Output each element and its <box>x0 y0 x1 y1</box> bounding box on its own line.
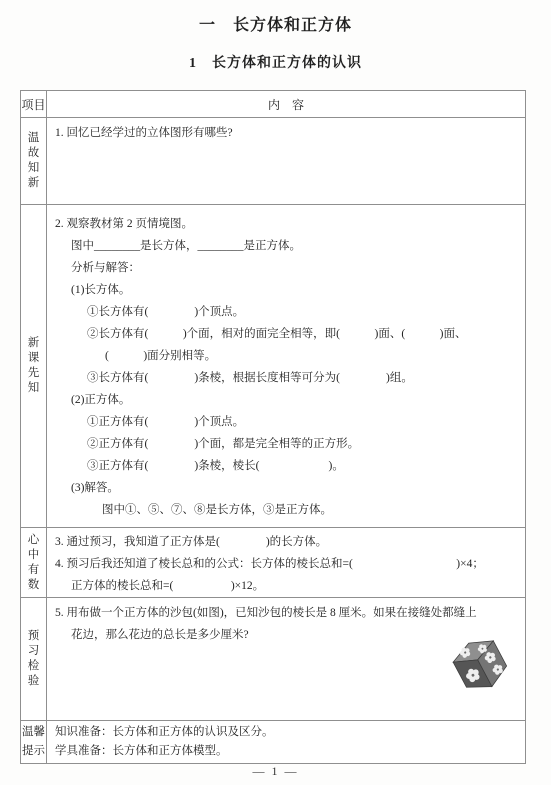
content-line: (1)长方体。 <box>47 279 521 301</box>
content-line: (3)解答。 <box>47 477 521 499</box>
content-line: 4. 预习后我还知道了棱长总和的公式：长方体的棱长总和=( )×4； <box>47 553 521 575</box>
content-line: ③正方体有( )条棱，棱长( )。 <box>47 455 521 477</box>
row-label-review: 温故知新 <box>28 131 40 191</box>
content-line: (2)正方体。 <box>47 389 521 411</box>
worksheet-page: 一 长方体和正方体 1 长方体和正方体的认识 项目 内 容 温故知新 1. 回忆… <box>0 0 551 785</box>
worksheet-table: 项目 内 容 温故知新 1. 回忆已经学过的立体图形有哪些? 新课先知 2. 观… <box>20 90 526 764</box>
chapter-title: 一 长方体和正方体 <box>0 12 551 35</box>
content-line: 1. 回忆已经学过的立体图形有哪些? <box>47 122 521 144</box>
content-line: 图中________是长方体，________是正方体。 <box>47 235 521 257</box>
section-title: 1 长方体和正方体的认识 <box>0 52 551 72</box>
table-row-preview-check: 预习检验 5. 用布做一个正方体的沙包(如图)，已知沙包的棱长是 8 厘米。如果… <box>21 598 525 721</box>
sandbag-image <box>447 631 519 705</box>
page-number: — 1 — <box>0 764 551 779</box>
row-label-new-lesson: 新课先知 <box>28 336 40 396</box>
content-line: 图中①、⑤、⑦、⑧是长方体，③是正方体。 <box>47 499 521 521</box>
content-line: ( )面分别相等。 <box>47 345 521 367</box>
row-label-tips: 温馨提示 <box>22 723 45 761</box>
content-line: 知识准备：长方体和正方体的认识及区分。 <box>47 723 521 742</box>
content-line: 5. 用布做一个正方体的沙包(如图)，已知沙包的棱长是 8 厘米。如果在接缝处都… <box>47 602 521 624</box>
content-line: 3. 通过预习，我知道了正方体是( )的长方体。 <box>47 531 521 553</box>
table-row-confidence: 心中有数 3. 通过预习，我知道了正方体是( )的长方体。 4. 预习后我还知道… <box>21 528 525 598</box>
content-line: ③长方体有( )条棱，根据长度相等可分为( )组。 <box>47 367 521 389</box>
content-column-header: 内 容 <box>47 91 525 117</box>
cube-shape <box>449 632 512 697</box>
content-line: ②正方体有( )个面，都是完全相等的正方形。 <box>47 433 521 455</box>
project-column-header: 项目 <box>21 91 47 117</box>
row-label-confidence: 心中有数 <box>28 533 40 593</box>
table-row-review: 温故知新 1. 回忆已经学过的立体图形有哪些? <box>21 118 525 205</box>
content-line: 正方体的棱长总和=( )×12。 <box>47 575 521 597</box>
table-header-row: 项目 内 容 <box>21 91 525 118</box>
content-line: ②长方体有( )个面，相对的面完全相等，即( )面、( )面、 <box>47 323 521 345</box>
row-label-preview-check: 预习检验 <box>28 629 40 689</box>
content-line: 学具准备：长方体和正方体模型。 <box>47 742 521 761</box>
content-line: 分析与解答： <box>47 257 521 279</box>
table-row-tips: 温馨提示 知识准备：长方体和正方体的认识及区分。 学具准备：长方体和正方体模型。 <box>21 721 525 763</box>
table-row-new-lesson: 新课先知 2. 观察教材第 2 页情境图。 图中________是长方体，___… <box>21 205 525 528</box>
content-line: 2. 观察教材第 2 页情境图。 <box>47 213 521 235</box>
content-line: ①长方体有( )个顶点。 <box>47 301 521 323</box>
content-line: ①正方体有( )个顶点。 <box>47 411 521 433</box>
